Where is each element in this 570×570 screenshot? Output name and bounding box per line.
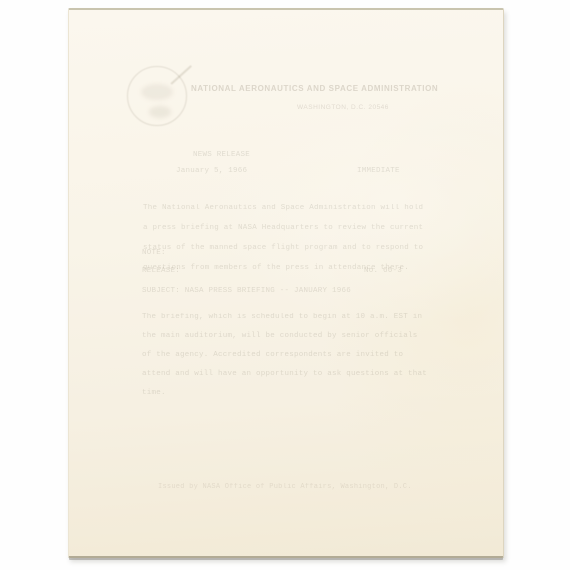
release-row-number: No. 66-3 (364, 266, 402, 276)
note-label: NOTE: (142, 248, 166, 258)
scanned-document-page: NATIONAL AERONAUTICS AND SPACE ADMINISTR… (0, 0, 570, 570)
body-line: the main auditorium, will be conducted b… (142, 332, 427, 342)
advisory-line: status of the manned space flight progra… (143, 243, 423, 253)
advisory-line: The National Aeronautics and Space Admin… (143, 203, 423, 213)
body-line: time. (142, 389, 427, 399)
insignia-smudge (141, 84, 173, 100)
body-line: of the agency. Accredited correspondents… (142, 351, 427, 361)
letterhead-address: WASHINGTON, D.C. 20546 (297, 103, 389, 113)
footer-issuer-line: Issued by NASA Office of Public Affairs,… (158, 482, 412, 492)
release-date: January 5, 1966 (176, 166, 247, 176)
body-line: The briefing, which is scheduled to begi… (142, 313, 427, 323)
release-kind-label: NEWS RELEASE (193, 150, 250, 160)
subject-line: SUBJECT: NASA PRESS BRIEFING -- JANUARY … (142, 286, 351, 296)
for-release-value: IMMEDIATE (357, 166, 400, 176)
insignia-smudge (149, 106, 171, 118)
release-row-label: RELEASE: (142, 266, 180, 276)
paper-sheet: NATIONAL AERONAUTICS AND SPACE ADMINISTR… (68, 8, 504, 558)
body-line: attend and will have an opportunity to a… (142, 370, 427, 380)
letterhead-agency-name: NATIONAL AERONAUTICS AND SPACE ADMINISTR… (191, 84, 438, 94)
body-paragraph: The briefing, which is scheduled to begi… (142, 303, 427, 409)
advisory-line: a press briefing at NASA Headquarters to… (143, 223, 423, 233)
